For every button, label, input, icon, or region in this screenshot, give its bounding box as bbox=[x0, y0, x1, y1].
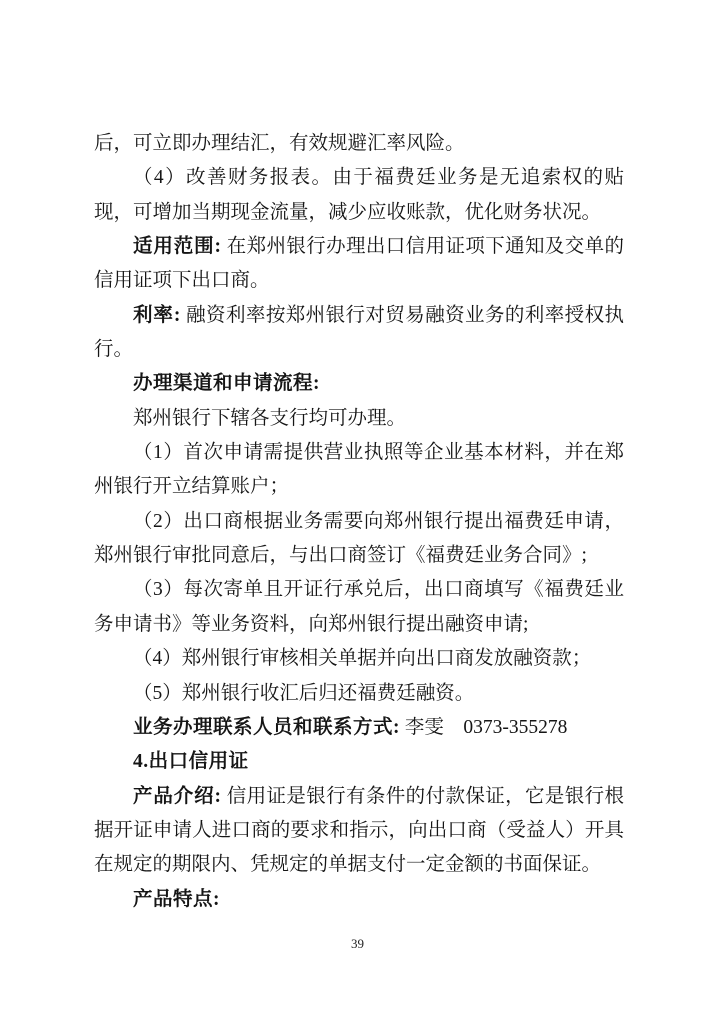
paragraph-text: （1）首次申请需提供营业执照等企业基本材料，并在郑州银行开立结算账户； bbox=[94, 442, 624, 497]
paragraph: （4）郑州银行审核相关单据并向出口商发放融资款； bbox=[94, 642, 624, 676]
paragraph-text: 郑州银行下辖各支行均可办理。 bbox=[133, 408, 406, 429]
paragraph-label: 4.出口信用证 bbox=[133, 751, 249, 772]
paragraph-label: 产品介绍: bbox=[133, 786, 222, 807]
paragraph: 产品介绍: 信用证是银行有条件的付款保证，它是银行根据开证申请人进口商的要求和指… bbox=[94, 780, 624, 883]
paragraph: （3）每次寄单且开证行承兑后，出口商填写《福费廷业务申请书》等业务资料，向郑州银… bbox=[94, 573, 624, 642]
paragraph-text: （3）每次寄单且开证行承兑后，出口商填写《福费廷业务申请书》等业务资料，向郑州银… bbox=[94, 579, 624, 634]
paragraph-text: （4）郑州银行审核相关单据并向出口商发放融资款； bbox=[133, 648, 591, 669]
page-number: 39 bbox=[351, 936, 364, 951]
paragraph: 4.出口信用证 bbox=[94, 745, 624, 779]
paragraph: 产品特点: bbox=[94, 883, 624, 917]
paragraph-label: 适用范围: bbox=[133, 236, 222, 257]
document-body: 后，可立即办理结汇，有效规避汇率风险。（4）改善财务报表。由于福费廷业务是无追索… bbox=[94, 127, 624, 917]
paragraph: （1）首次申请需提供营业执照等企业基本材料，并在郑州银行开立结算账户； bbox=[94, 436, 624, 505]
document-page: 后，可立即办理结汇，有效规避汇率风险。（4）改善财务报表。由于福费廷业务是无追索… bbox=[0, 0, 715, 1011]
paragraph-text: （4）改善财务报表。由于福费廷业务是无追索权的贴现，可增加当期现金流量，减少应收… bbox=[94, 167, 624, 222]
paragraph-text: 李雯 0373-355278 bbox=[400, 717, 567, 738]
page-footer: 39 bbox=[0, 936, 715, 952]
paragraph: （5）郑州银行收汇后归还福费廷融资。 bbox=[94, 677, 624, 711]
paragraph: 郑州银行下辖各支行均可办理。 bbox=[94, 402, 624, 436]
paragraph: 后，可立即办理结汇，有效规避汇率风险。 bbox=[94, 127, 624, 161]
paragraph-label: 产品特点: bbox=[133, 889, 220, 910]
paragraph: （4）改善财务报表。由于福费廷业务是无追索权的贴现，可增加当期现金流量，减少应收… bbox=[94, 161, 624, 230]
paragraph-text: （2）出口商根据业务需要向郑州银行提出福费廷申请，郑州银行审批同意后，与出口商签… bbox=[94, 511, 624, 566]
paragraph-label: 办理渠道和申请流程: bbox=[133, 373, 320, 394]
paragraph: 利率: 融资利率按郑州银行对贸易融资业务的利率授权执行。 bbox=[94, 299, 624, 368]
paragraph: （2）出口商根据业务需要向郑州银行提出福费廷申请，郑州银行审批同意后，与出口商签… bbox=[94, 505, 624, 574]
paragraph-label: 利率: bbox=[133, 305, 181, 326]
paragraph: 适用范围: 在郑州银行办理出口信用证项下通知及交单的信用证项下出口商。 bbox=[94, 230, 624, 299]
paragraph: 业务办理联系人员和联系方式: 李雯 0373-355278 bbox=[94, 711, 624, 745]
paragraph-label: 业务办理联系人员和联系方式: bbox=[133, 717, 400, 738]
paragraph-text: （5）郑州银行收汇后归还福费廷融资。 bbox=[133, 683, 474, 704]
paragraph: 办理渠道和申请流程: bbox=[94, 367, 624, 401]
paragraph-text: 后，可立即办理结汇，有效规避汇率风险。 bbox=[94, 133, 465, 154]
